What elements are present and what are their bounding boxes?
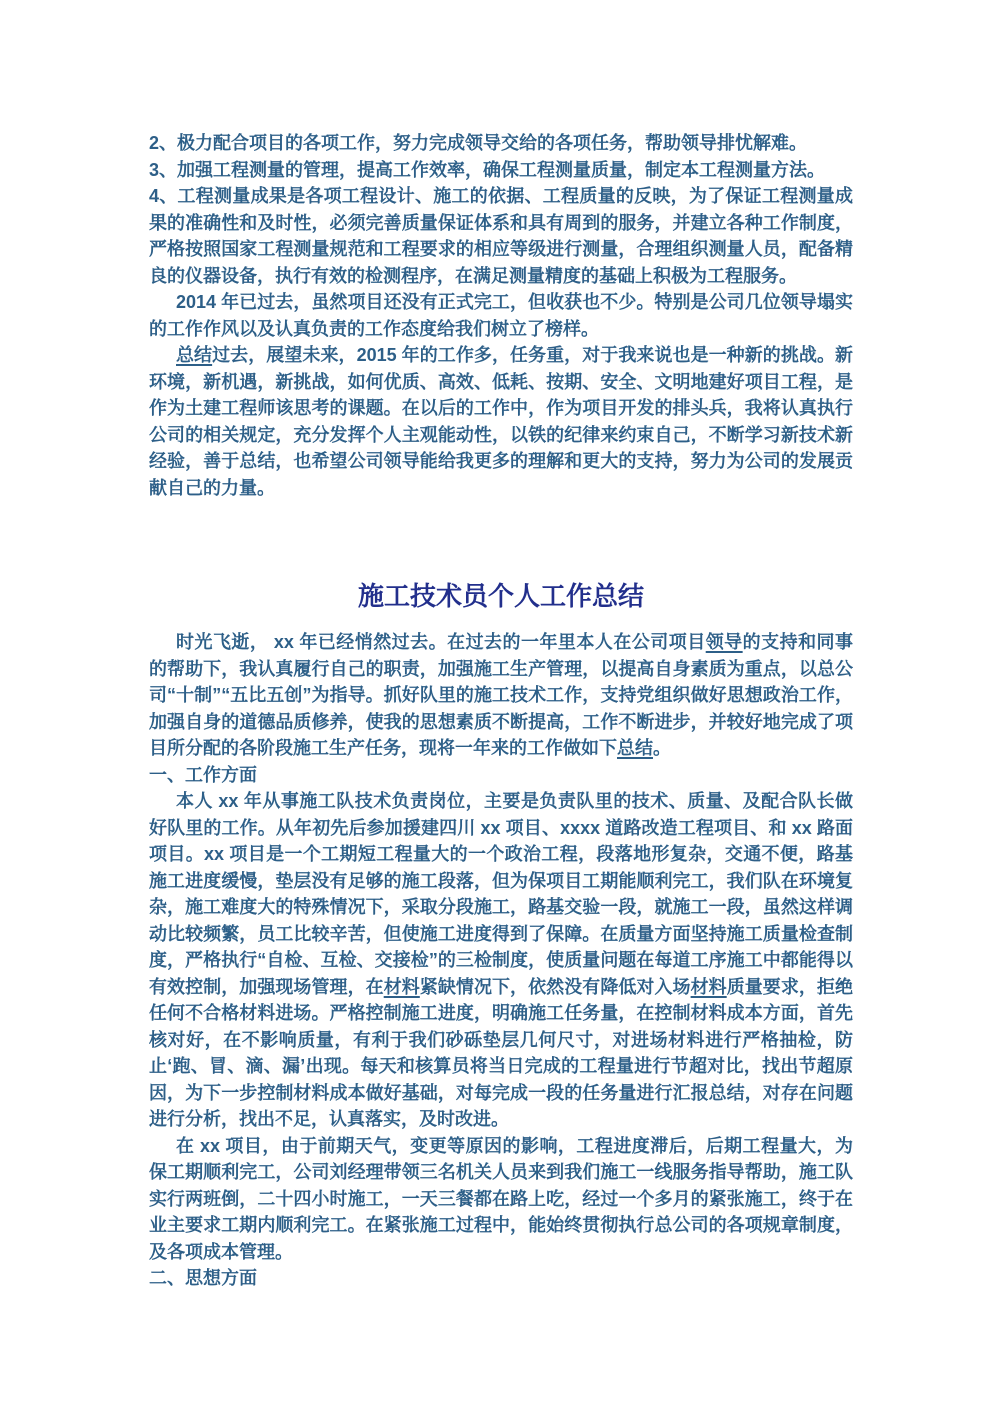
paragraph: 4、工程测量成果是各项工程设计、施工的依据、工程质量的反映，为了保证工程测量成果… (149, 183, 853, 289)
document-content: 2、极力配合项目的各项工作，努力完成领导交给的各项任务，帮助领导排忧解难。3、加… (149, 130, 853, 1292)
paragraph: 一、工作方面 (149, 762, 853, 789)
article-title: 施工技术员个人工作总结 (149, 579, 853, 613)
paragraph: 3、加强工程测量的管理，提高工作效率，确保工程测量质量，制定本工程测量方法。 (149, 157, 853, 184)
paragraph: 二、思想方面 (149, 1265, 853, 1292)
keyword-link[interactable]: 材料 (384, 977, 420, 997)
paragraph: 总结过去，展望未来，2015 年的工作多，任务重，对于我来说也是一种新的挑战。新… (149, 342, 853, 501)
previous-summary-section: 2、极力配合项目的各项工作，努力完成领导交给的各项任务，帮助领导排忧解难。3、加… (149, 130, 853, 501)
document-page: 2、极力配合项目的各项工作，努力完成领导交给的各项任务，帮助领导排忧解难。3、加… (0, 0, 1000, 1415)
paragraph: 2、极力配合项目的各项工作，努力完成领导交给的各项任务，帮助领导排忧解难。 (149, 130, 853, 157)
technician-summary-section: 时光飞逝， xx 年已经悄然过去。在过去的一年里本人在公司项目领导的支持和同事的… (149, 629, 853, 1292)
paragraph: 2014 年已过去，虽然项目还没有正式完工，但收获也不少。特别是公司几位领导塌实… (149, 289, 853, 342)
paragraph: 在 xx 项目，由于前期天气，变更等原因的影响，工程进度滞后，后期工程量大，为保… (149, 1133, 853, 1266)
keyword-link[interactable]: 总结 (176, 345, 212, 365)
keyword-link[interactable]: 总结 (617, 738, 653, 758)
keyword-link[interactable]: 材料 (691, 977, 727, 997)
keyword-link[interactable]: 领导 (706, 632, 743, 652)
paragraph: 时光飞逝， xx 年已经悄然过去。在过去的一年里本人在公司项目领导的支持和同事的… (149, 629, 853, 762)
paragraph: 本人 xx 年从事施工队技术负责岗位，主要是负责队里的技术、质量、及配合队长做好… (149, 788, 853, 1133)
